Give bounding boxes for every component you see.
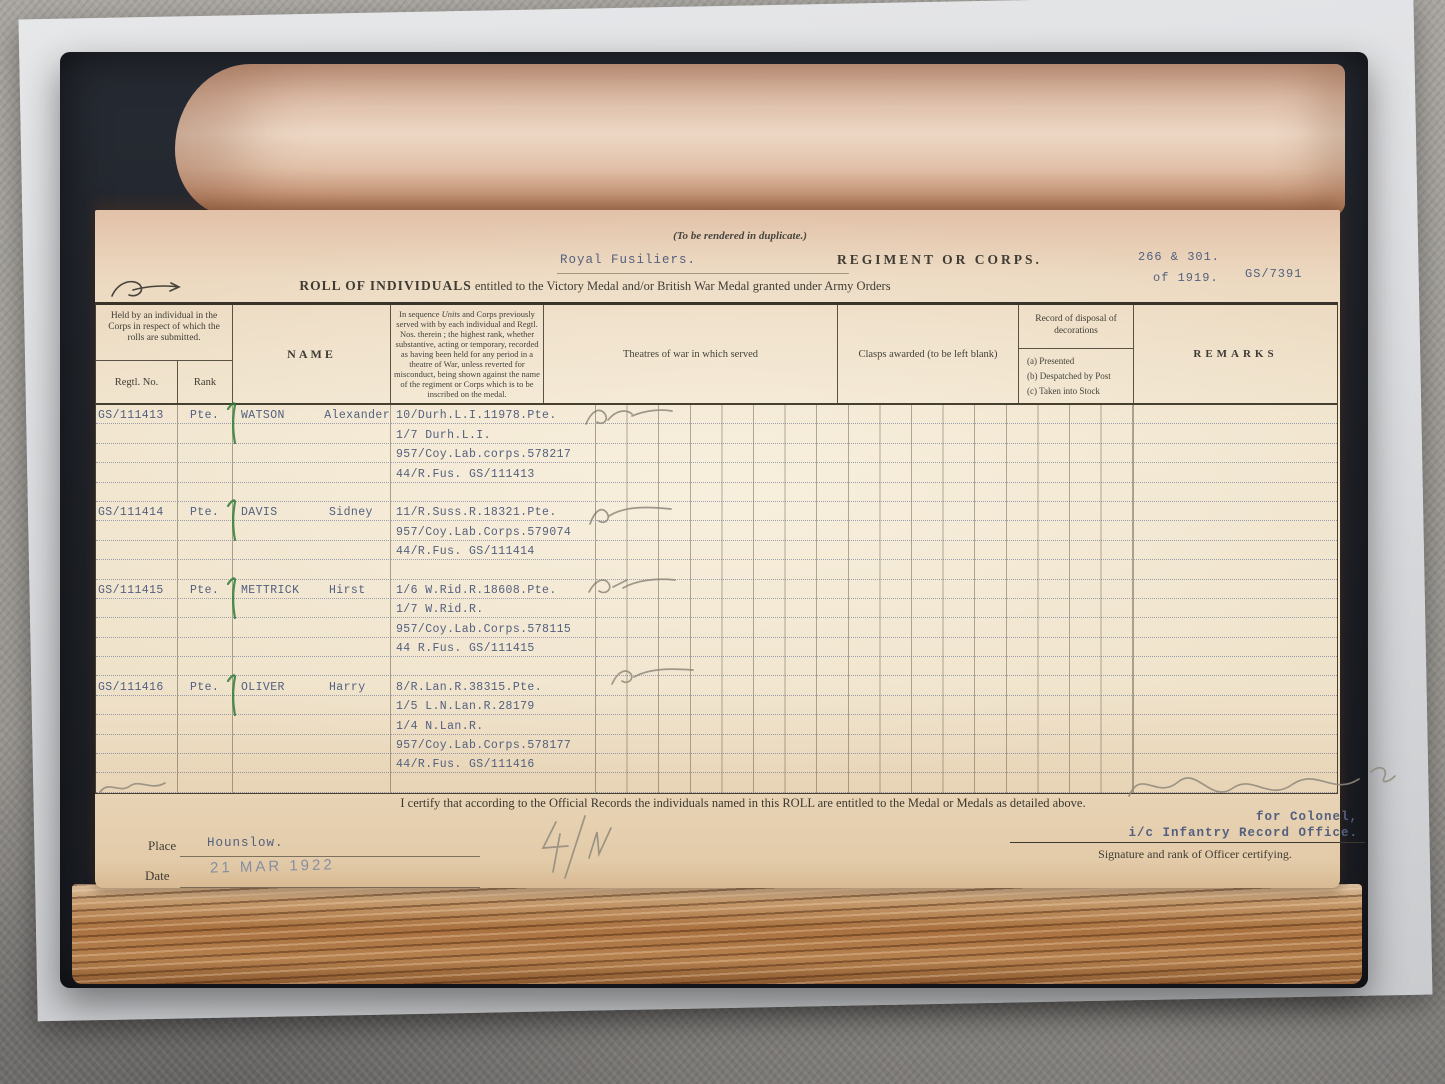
ledger-book-cover: (To be rendered in duplicate.) Royal Fus…: [60, 52, 1368, 988]
remarks-cell: [1134, 715, 1337, 734]
surname-text: METTRICK: [241, 584, 329, 597]
clasps-grid-cell: [596, 715, 1134, 734]
service-history-cell: 957/Coy.Lab.Corps.578115: [391, 618, 596, 637]
name-cell: [233, 638, 391, 657]
service-history-cell: 10/Durh.L.I.11978.Pte.: [391, 405, 596, 424]
rank-cell: [178, 463, 233, 482]
regtl-no-cell: [96, 754, 178, 773]
record-row: 1/4 N.Lan.R.: [96, 715, 1337, 734]
rank-cell: [178, 599, 233, 618]
service-history-cell: 44/R.Fus. GS/111414: [391, 541, 596, 560]
service-history-cell-text: 1/4 N.Lan.R.: [396, 720, 484, 733]
empty-service-cell: [391, 773, 596, 792]
handwritten-pencil-mark-entry-3: [583, 572, 678, 602]
empty-name-cell: [233, 483, 391, 502]
empty-regtl-cell: [96, 657, 178, 676]
record-row: 1/5 L.N.Lan.R.28179: [96, 696, 1337, 715]
name-cell: [233, 754, 391, 773]
handwritten-pencil-mark-entry-4: [607, 662, 697, 692]
name-cell: [233, 541, 391, 560]
service-history-cell-text: 1/7 Durh.L.I.: [396, 429, 491, 442]
regtl-no-cell-text: GS/111413: [98, 409, 164, 422]
record-row: GS/111413Pte.WATSONAlexander10/Durh.L.I.…: [96, 405, 1337, 424]
column-header-remarks: REMARKS: [1134, 305, 1337, 403]
name-cell: OLIVERHarry: [233, 676, 391, 695]
remarks-cell: [1134, 444, 1337, 463]
remarks-cell: [1134, 521, 1337, 540]
disposal-option-despatched: (b) Despatched by Post: [1027, 369, 1133, 384]
regiment-name-typed: Royal Fusiliers.: [560, 253, 696, 267]
date-stamp: 21 MAR 1922: [210, 856, 335, 876]
remarks-cell: [1134, 676, 1337, 695]
record-row: 957/Coy.Lab.Corps.579074: [96, 521, 1337, 540]
record-spacer-row: [96, 657, 1337, 676]
record-row: GS/111416Pte.OLIVERHarry8/R.Lan.R.38315.…: [96, 676, 1337, 695]
record-row: 1/7 Durh.L.I.: [96, 424, 1337, 443]
officer-signature: [1123, 752, 1413, 816]
record-row: 44 R.Fus. GS/111415: [96, 638, 1337, 657]
service-history-cell: 1/6 W.Rid.R.18608.Pte.: [391, 580, 596, 599]
rank-cell: [178, 735, 233, 754]
reference-number: GS/7391: [1245, 267, 1302, 281]
handwritten-pencil-scrawl-bottom-left: [97, 776, 169, 800]
rank-cell: [178, 754, 233, 773]
empty-remarks-cell: [1134, 483, 1337, 502]
empty-remarks-cell: [1134, 657, 1337, 676]
name-cell: [233, 618, 391, 637]
service-history-cell: 957/Coy.Lab.corps.578217: [391, 444, 596, 463]
rank-cell: [178, 618, 233, 637]
clasps-grid-cell: [596, 483, 1134, 502]
units-text-pre: In sequence: [399, 309, 441, 319]
regtl-no-cell: [96, 541, 178, 560]
service-history-cell: 44/R.Fus. GS/111413: [391, 463, 596, 482]
surname-text: OLIVER: [241, 681, 329, 694]
remarks-cell: [1134, 405, 1337, 424]
regtl-no-cell: GS/111414: [96, 502, 178, 521]
rank-cell: Pte.: [178, 676, 233, 695]
empty-remarks-cell: [1134, 560, 1337, 579]
clasps-grid-cell: [596, 521, 1134, 540]
surname-text: DAVIS: [241, 506, 329, 519]
green-check-icon: [226, 673, 240, 717]
page-fore-edge-stack: [72, 884, 1362, 984]
service-history-cell-text: 10/Durh.L.I.11978.Pte.: [396, 409, 557, 422]
rank-cell: [178, 638, 233, 657]
record-row: 44/R.Fus. GS/111413: [96, 463, 1337, 482]
column-header-units: In sequence Units and Corps previously s…: [391, 305, 544, 403]
medal-roll-page: (To be rendered in duplicate.) Royal Fus…: [95, 210, 1340, 888]
rank-cell-text: Pte.: [190, 681, 219, 694]
service-history-cell: 44 R.Fus. GS/111415: [391, 638, 596, 657]
clasps-grid-cell: [596, 541, 1134, 560]
photograph-of-medal-roll: (To be rendered in duplicate.) Royal Fus…: [0, 0, 1445, 1084]
table-body: GS/111413Pte.WATSONAlexander10/Durh.L.I.…: [96, 405, 1337, 793]
column-header-rank: Rank: [178, 361, 232, 403]
record-row: 1/7 W.Rid.R.: [96, 599, 1337, 618]
service-history-cell-text: 44/R.Fus. GS/111416: [396, 758, 535, 771]
clasps-grid-cell: [596, 754, 1134, 773]
handwritten-pencil-4n: [523, 810, 638, 882]
empty-regtl-cell: [96, 560, 178, 579]
record-spacer-row: [96, 560, 1337, 579]
regtl-no-cell: [96, 618, 178, 637]
roll-title: ROLL OF INDIVIDUALS entitled to the Vict…: [215, 278, 975, 294]
empty-rank-cell: [178, 657, 233, 676]
column-header-name: NAME: [233, 305, 391, 403]
held-by-text: Held by an individual in the Corps in re…: [96, 305, 232, 361]
regtl-no-cell: [96, 696, 178, 715]
units-text-italic: Units: [442, 309, 460, 319]
name-cell: [233, 463, 391, 482]
roll-title-bold: ROLL OF INDIVIDUALS: [299, 278, 471, 293]
rank-cell: [178, 444, 233, 463]
remarks-cell: [1134, 638, 1337, 657]
army-order-year: of 1919.: [1153, 271, 1219, 285]
disposal-options: (a) Presented (b) Despatched by Post (c)…: [1019, 349, 1133, 403]
green-check-icon: [226, 498, 240, 542]
empty-name-cell: [233, 560, 391, 579]
clasps-grid-cell: [596, 618, 1134, 637]
record-row: GS/111415Pte.METTRICKHirst1/6 W.Rid.R.18…: [96, 580, 1337, 599]
remarks-cell: [1134, 580, 1337, 599]
service-history-cell-text: 1/7 W.Rid.R.: [396, 603, 484, 616]
name-cell: [233, 715, 391, 734]
forename-text: Hirst: [329, 584, 366, 597]
regtl-no-cell: GS/111415: [96, 580, 178, 599]
date-rule: [180, 887, 480, 888]
green-check-icon: [226, 576, 240, 620]
record-spacer-row: [96, 483, 1337, 502]
service-history-cell: 11/R.Suss.R.18321.Pte.: [391, 502, 596, 521]
clasps-grid-cell: [596, 463, 1134, 482]
regtl-no-cell: [96, 424, 178, 443]
empty-name-cell: [233, 657, 391, 676]
rank-cell-text: Pte.: [190, 506, 219, 519]
handwritten-margin-arrow: [109, 276, 183, 304]
column-header-theatres: Theatres of war in which served: [544, 305, 838, 403]
rank-cell: [178, 424, 233, 443]
record-row: 44/R.Fus. GS/111414: [96, 541, 1337, 560]
units-text-post: and Corps previously served with by each…: [394, 309, 540, 399]
signature-caption: Signature and rank of Officer certifying…: [1025, 847, 1365, 862]
empty-service-cell: [391, 560, 596, 579]
date-label: Date: [145, 868, 170, 884]
clasps-grid-cell: [596, 773, 1134, 792]
regtl-no-cell: GS/111416: [96, 676, 178, 695]
army-order-numbers: 266 & 301.: [1138, 250, 1220, 264]
service-history-cell: 1/7 W.Rid.R.: [391, 599, 596, 618]
for-colonel-line: for Colonel,: [1095, 810, 1358, 824]
empty-rank-cell: [178, 560, 233, 579]
clasps-grid-cell: [596, 696, 1134, 715]
place-label: Place: [148, 838, 176, 854]
regiment-underline: [557, 273, 849, 274]
place-value: Hounslow.: [207, 836, 284, 850]
empty-name-cell: [233, 773, 391, 792]
name-cell: [233, 696, 391, 715]
rank-cell: [178, 521, 233, 540]
disposal-option-presented: (a) Presented: [1027, 354, 1133, 369]
service-history-cell: 957/Coy.Lab.Corps.579074: [391, 521, 596, 540]
service-history-cell-text: 1/5 L.N.Lan.R.28179: [396, 700, 535, 713]
column-header-clasps: Clasps awarded (to be left blank): [838, 305, 1019, 403]
name-cell: [233, 424, 391, 443]
column-header-regtl-no: Regtl. No.: [96, 361, 178, 403]
regtl-no-cell: GS/111413: [96, 405, 178, 424]
forename-text: Alexander: [324, 409, 390, 422]
name-cell: [233, 599, 391, 618]
remarks-cell: [1134, 463, 1337, 482]
service-history-cell: 44/R.Fus. GS/111416: [391, 754, 596, 773]
regtl-no-cell: [96, 638, 178, 657]
service-history-cell-text: 957/Coy.Lab.corps.578217: [396, 448, 571, 461]
remarks-cell: [1134, 599, 1337, 618]
disposal-option-stock: (c) Taken into Stock: [1027, 384, 1133, 399]
regtl-no-cell-text: GS/111416: [98, 681, 164, 694]
regtl-no-cell: [96, 444, 178, 463]
record-row: GS/111414Pte.DAVISSidney11/R.Suss.R.1832…: [96, 502, 1337, 521]
rolled-back-pages: [175, 64, 1345, 216]
surname-text: WATSON: [241, 409, 324, 422]
clasps-grid-cell: [596, 638, 1134, 657]
remarks-cell: [1134, 541, 1337, 560]
regtl-no-cell: [96, 735, 178, 754]
regtl-no-cell: [96, 463, 178, 482]
medal-roll-table: Held by an individual in the Corps in re…: [95, 302, 1338, 794]
name-cell: [233, 444, 391, 463]
clasps-grid-cell: [596, 405, 1134, 424]
roll-title-rest: entitled to the Victory Medal and/or Bri…: [472, 279, 891, 293]
rank-cell: Pte.: [178, 405, 233, 424]
forename-text: Harry: [329, 681, 366, 694]
forename-text: Sidney: [329, 506, 373, 519]
remarks-cell: [1134, 502, 1337, 521]
handwritten-pencil-mark-entry-2: [585, 500, 675, 530]
record-row: 957/Coy.Lab.corps.578217: [96, 444, 1337, 463]
rank-cell: [178, 696, 233, 715]
empty-service-cell: [391, 657, 596, 676]
regtl-no-cell-text: GS/111414: [98, 506, 164, 519]
green-check-icon: [226, 401, 240, 445]
signature-rule: [1010, 842, 1365, 843]
empty-regtl-cell: [96, 483, 178, 502]
name-cell: WATSONAlexander: [233, 405, 391, 424]
regtl-no-cell-text: GS/111415: [98, 584, 164, 597]
service-history-cell-text: 8/R.Lan.R.38315.Pte.: [396, 681, 542, 694]
regtl-no-cell: [96, 521, 178, 540]
service-history-cell-text: 957/Coy.Lab.Corps.578177: [396, 739, 571, 752]
service-history-cell-text: 957/Coy.Lab.Corps.578115: [396, 623, 571, 636]
rank-cell: Pte.: [178, 502, 233, 521]
regtl-no-cell: [96, 599, 178, 618]
record-office-line: i/c Infantry Record Office.: [1090, 826, 1358, 840]
name-cell: METTRICKHirst: [233, 580, 391, 599]
name-cell: DAVISSidney: [233, 502, 391, 521]
rank-cell-text: Pte.: [190, 409, 219, 422]
service-history-cell: 1/7 Durh.L.I.: [391, 424, 596, 443]
service-history-cell-text: 44 R.Fus. GS/111415: [396, 642, 535, 655]
rank-cell: Pte.: [178, 580, 233, 599]
remarks-cell: [1134, 696, 1337, 715]
remarks-cell: [1134, 618, 1337, 637]
service-history-cell: 8/R.Lan.R.38315.Pte.: [391, 676, 596, 695]
clasps-grid-cell: [596, 444, 1134, 463]
regtl-no-cell: [96, 715, 178, 734]
empty-rank-cell: [178, 773, 233, 792]
service-history-cell: 1/4 N.Lan.R.: [391, 715, 596, 734]
service-history-cell: 957/Coy.Lab.Corps.578177: [391, 735, 596, 754]
column-header-held-by: Held by an individual in the Corps in re…: [96, 305, 233, 403]
service-history-cell-text: 11/R.Suss.R.18321.Pte.: [396, 506, 557, 519]
service-history-cell-text: 44/R.Fus. GS/111413: [396, 468, 535, 481]
empty-rank-cell: [178, 483, 233, 502]
name-cell: [233, 735, 391, 754]
record-row: 957/Coy.Lab.Corps.578115: [96, 618, 1337, 637]
clasps-grid-cell: [596, 735, 1134, 754]
regiment-or-corps-label: REGIMENT OR CORPS.: [837, 252, 1042, 268]
rank-cell: [178, 541, 233, 560]
service-history-cell: 1/5 L.N.Lan.R.28179: [391, 696, 596, 715]
rank-cell-text: Pte.: [190, 584, 219, 597]
clasps-grid-cell: [596, 502, 1134, 521]
column-header-disposal: Record of disposal of decorations (a) Pr…: [1019, 305, 1134, 403]
service-history-cell-text: 1/6 W.Rid.R.18608.Pte.: [396, 584, 557, 597]
duplicate-note: (To be rendered in duplicate.): [600, 230, 880, 242]
service-history-cell-text: 957/Coy.Lab.Corps.579074: [396, 526, 571, 539]
remarks-cell: [1134, 424, 1337, 443]
name-cell: [233, 521, 391, 540]
service-history-cell-text: 44/R.Fus. GS/111414: [396, 545, 535, 558]
clasps-grid-cell: [596, 424, 1134, 443]
certification-statement: I certify that according to the Official…: [323, 796, 1163, 811]
empty-service-cell: [391, 483, 596, 502]
rank-cell: [178, 715, 233, 734]
table-header-row: Held by an individual in the Corps in re…: [96, 305, 1337, 405]
